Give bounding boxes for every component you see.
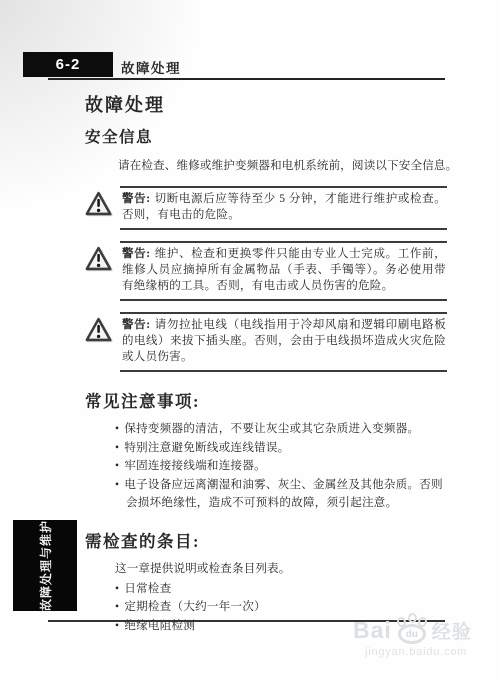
warning-box: 警告:维护、检查和更换零件只能由专业人士完成。工作前，维修人员应摘掉所有金属物品…: [85, 241, 447, 301]
baidu-paw-icon: du: [395, 615, 429, 645]
warning-text-box: 警告:请勿拉扯电线（电线指用于冷却风扇和逻辑印刷电路板的电线）来拔下插头座。否则…: [120, 312, 447, 372]
page-number-bar: 6-2: [23, 52, 113, 77]
content-column: 故障处理 安全信息 请在检查、维修或维护变频器和电机系统前，阅读以下安全信息。 …: [85, 91, 447, 635]
list-item: 特别注意避免断线或连线错误。: [115, 439, 447, 458]
warning-text: 切断电源后应等待至少 5 分钟，才能进行维护或检查。否则，有电击的危险。: [122, 193, 446, 221]
common-notes-list: 保持变频器的清洁，不要让灰尘或其它杂质进入变频器。 特别注意避免断线或连线错误。…: [115, 420, 447, 513]
safety-intro: 请在检查、维修或维护变频器和电机系统前，阅读以下安全信息。: [118, 157, 447, 173]
warning-text-box: 警告:切断电源后应等待至少 5 分钟，才能进行维护或检查。否则，有电击的危险。: [120, 186, 447, 230]
running-chapter-label: 故障处理: [121, 57, 181, 77]
manual-page: 6-2 故障处理 故障处理 安全信息 请在检查、维修或维护变频器和电机系统前，阅…: [0, 0, 500, 682]
watermark-url: jingyan.baidu.com: [353, 646, 498, 658]
watermark-logo-row: Bai du 经验: [353, 615, 498, 645]
warning-label: 警告:: [122, 248, 150, 260]
list-item: 牢固连接接线端和连接器。: [115, 457, 447, 476]
section-heading-safety: 安全信息: [85, 125, 447, 147]
list-item: 保持变频器的清洁，不要让灰尘或其它杂质进入变频器。: [115, 420, 447, 439]
chapter-side-tab-label: 故障处理与维护: [37, 520, 54, 611]
baidu-jingyan-watermark: Bai du 经验 jingyan.baidu.com: [353, 615, 498, 658]
warning-triangle-icon: [85, 191, 112, 221]
warning-label: 警告:: [122, 319, 150, 331]
list-item: 电子设备应远离潮湿和油雾、灰尘、金属丝及其他杂质。否则会损坏绝缘性，造成不可预料…: [115, 476, 447, 513]
warning-text: 请勿拉扯电线（电线指用于冷却风扇和逻辑印刷电路板的电线）来拔下插头座。否则，会由…: [122, 319, 446, 363]
baidu-logo-du: du: [406, 629, 418, 640]
page-title: 故障处理: [85, 91, 447, 117]
warning-box: 警告:切断电源后应等待至少 5 分钟，才能进行维护或检查。否则，有电击的危险。: [85, 186, 447, 230]
page-number: 6-2: [56, 56, 81, 73]
warning-label: 警告:: [122, 193, 150, 205]
watermark-experience-text: 经验: [432, 617, 472, 644]
baidu-logo-text: Bai: [353, 617, 392, 644]
warning-box: 警告:请勿拉扯电线（电线指用于冷却风扇和逻辑印刷电路板的电线）来拔下插头座。否则…: [85, 312, 447, 372]
warning-text: 维护、检查和更换零件只能由专业人士完成。工作前，维修人员应摘掉所有金属物品（手表…: [122, 248, 446, 292]
list-item: 日常检查: [115, 580, 447, 599]
chapter-side-tab: 故障处理与维护: [13, 520, 77, 611]
warning-triangle-icon: [85, 246, 112, 276]
check-items-intro: 这一章提供说明或检查条目列表。: [115, 560, 447, 576]
header-rule: [48, 78, 445, 80]
warning-text-box: 警告:维护、检查和更换零件只能由专业人士完成。工作前，维修人员应摘掉所有金属物品…: [120, 241, 447, 301]
section-heading-common-notes: 常见注意事项:: [85, 388, 447, 412]
warning-triangle-icon: [85, 317, 112, 347]
section-heading-check-items: 需检查的条目:: [85, 528, 447, 552]
list-item: 定期检查（大约一年一次）: [115, 598, 447, 617]
